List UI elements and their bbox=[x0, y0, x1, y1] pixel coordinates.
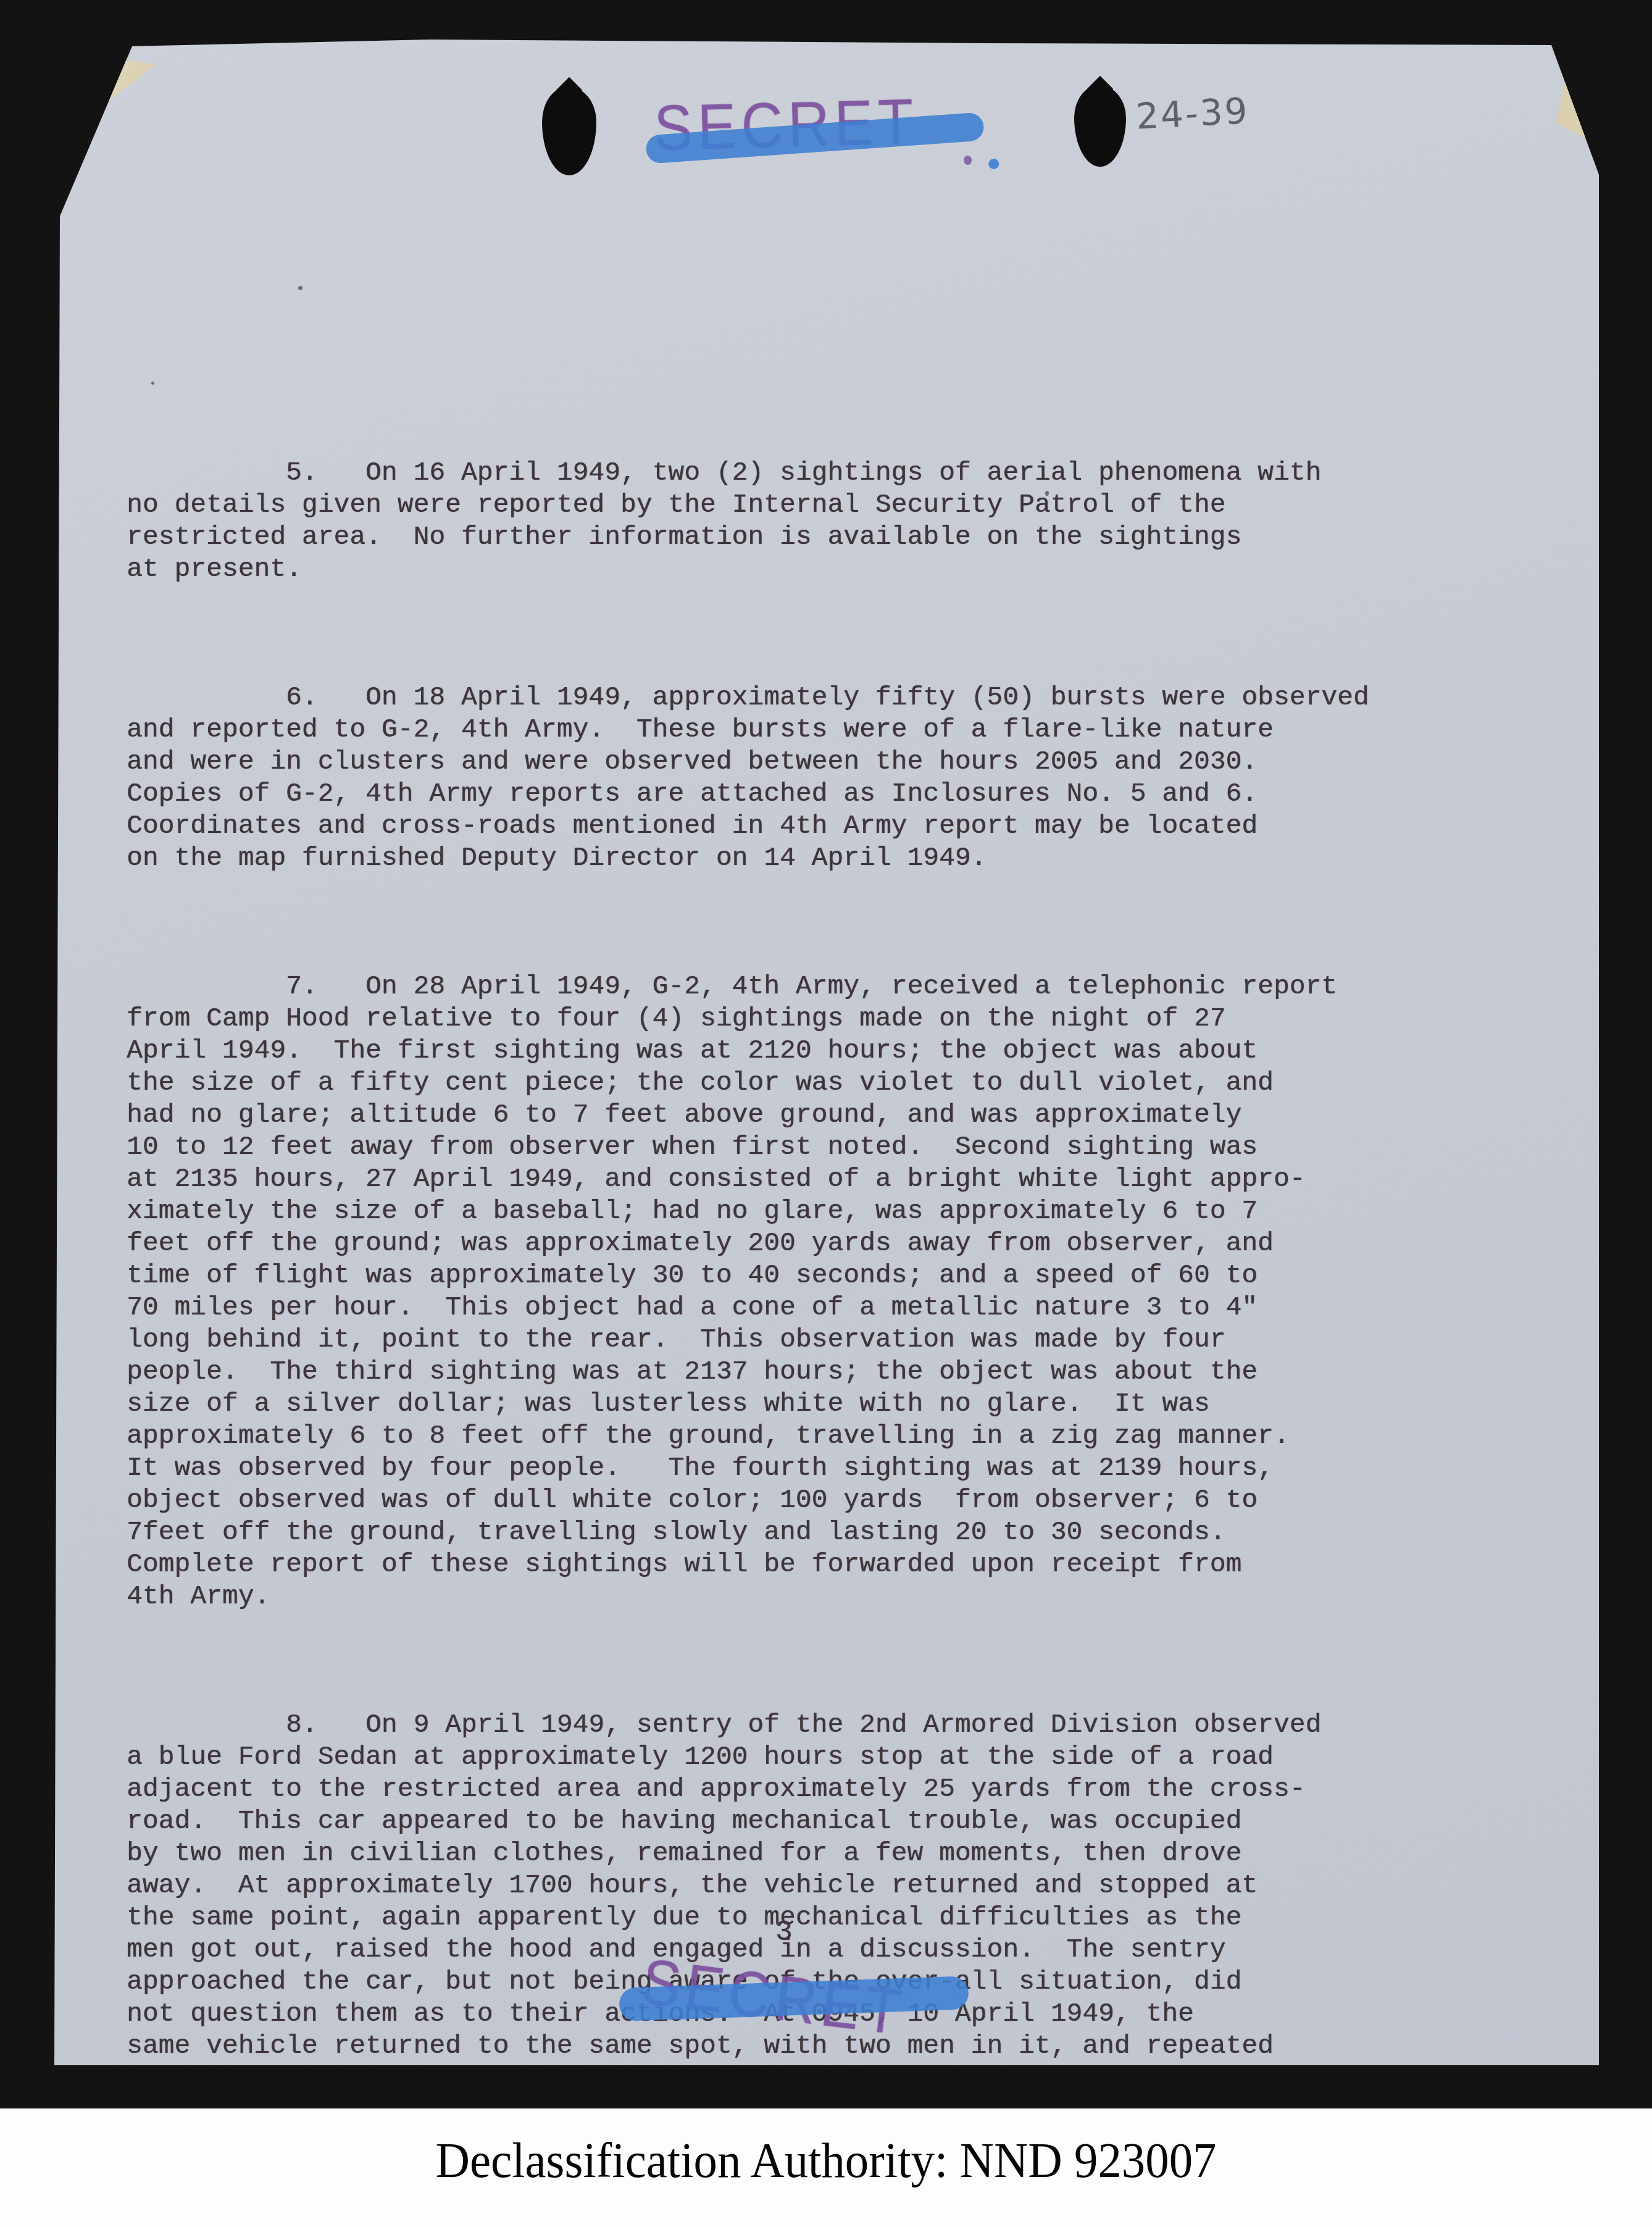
page-number: 3 bbox=[775, 1916, 793, 1949]
paragraph-8: 8. On 9 April 1949, sentry of the 2nd Ar… bbox=[127, 1709, 1358, 2158]
paper-speck bbox=[151, 382, 154, 385]
document-body: 5. On 16 April 1949, two (2) sightings o… bbox=[127, 393, 1358, 2223]
torn-corner-top-right bbox=[1533, 40, 1612, 138]
declassification-banner: Declassification Authority: NND 923007 bbox=[0, 2108, 1652, 2227]
handwritten-number: 24-39 bbox=[1135, 90, 1250, 138]
paragraph-6: 6. On 18 April 1949, approximately fifty… bbox=[127, 682, 1358, 874]
punch-hole-left bbox=[542, 86, 596, 175]
paragraph-5: 5. On 16 April 1949, two (2) sightings o… bbox=[127, 457, 1358, 585]
declassification-text: Declassification Authority: NND 923007 bbox=[33, 2108, 1619, 2189]
paper-speck bbox=[298, 286, 302, 290]
document-scan: SECRET 24-39 5. On 16 April 1949, two (2… bbox=[0, 0, 1652, 2227]
blue-marker-dot bbox=[988, 159, 999, 169]
document-page: SECRET 24-39 5. On 16 April 1949, two (2… bbox=[54, 36, 1599, 2065]
secret-stamp-top: SECRET bbox=[653, 86, 1001, 188]
torn-corner-top-left bbox=[63, 58, 156, 122]
paragraph-7: 7. On 28 April 1949, G-2, 4th Army, rece… bbox=[127, 971, 1358, 1613]
paper-speck bbox=[1045, 491, 1049, 496]
stamp-period bbox=[964, 156, 972, 165]
punch-hole-right bbox=[1074, 85, 1126, 167]
